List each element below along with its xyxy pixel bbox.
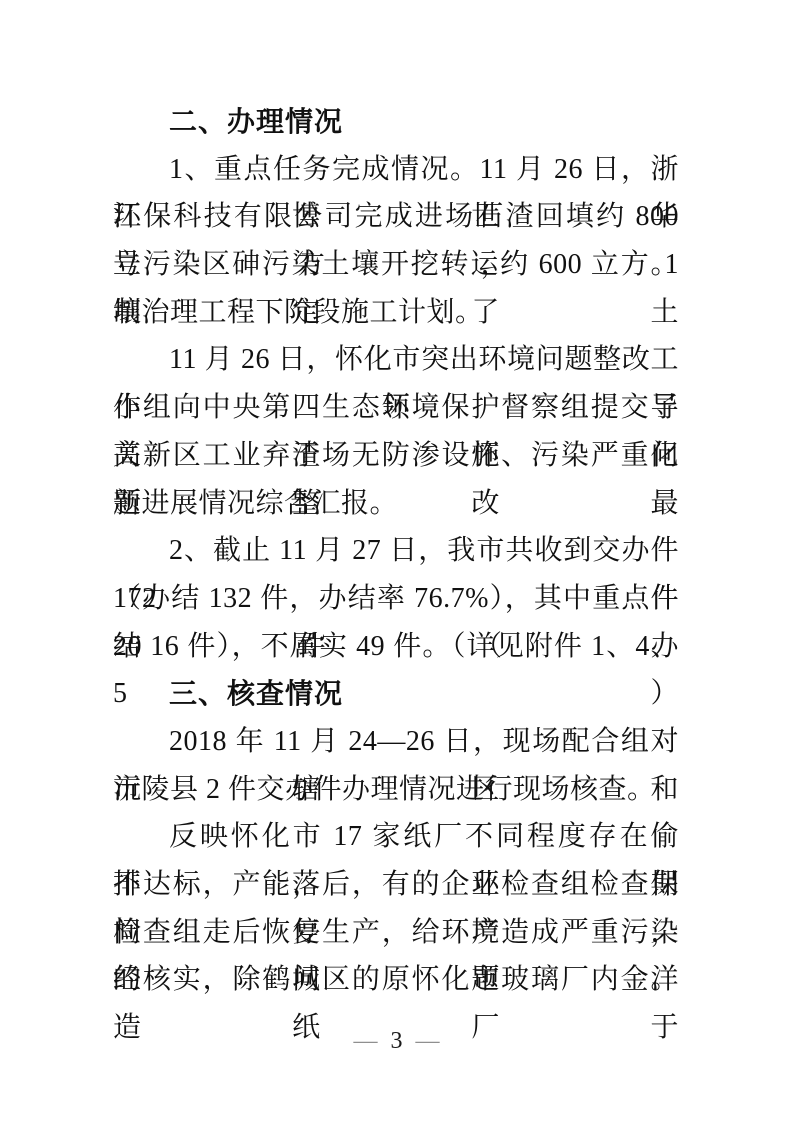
paragraph: 反映怀化市 17 家纸厂不同程度存在偷排，环保 不达标，产能落后，有的企业检查组… [113, 813, 679, 1004]
text-line: 沅陵县 2 件交办件办理情况进行现场核查。 [113, 766, 679, 814]
heading-line: 二、办理情况 [113, 98, 679, 146]
text-line: 2、截止 11 月 27 日，我市共收到交办件 172 件 [113, 527, 679, 575]
text-line: 经核实，除鹤城区的原怀化市玻璃厂内金洋造纸厂于 [113, 956, 679, 1004]
page-number: 3 [391, 1026, 403, 1056]
text-line: 号污染区砷污染土壤开挖转运约 600 立方。制定了土 [113, 241, 679, 289]
text-line: 1、重点任务完成情况。11 月 26 日，浙江博世华 [113, 146, 679, 194]
text-line: 结 16 件），不属实 49 件。（详见附件 1、4、5） [113, 623, 679, 671]
text-line: 不达标，产能落后，有的企业检查组检查期间停产， [113, 861, 679, 909]
footer-dash-right: — [416, 1026, 440, 1056]
document-body: 二、办理情况 1、重点任务完成情况。11 月 26 日，浙江博世华 环保科技有限… [113, 98, 679, 1004]
text-line: 2018 年 11 月 24—26 日，现场配合组对市辖区和 [113, 718, 679, 766]
footer-dash-left: — [354, 1026, 378, 1056]
text-line: 环保科技有限公司完成进场石渣回填约 800 立方，1 [113, 193, 679, 241]
page-footer: — 3 — [0, 1026, 793, 1056]
text-line: 高新区工业弃渣场无防渗设施、污染严重问题整改最 [113, 432, 679, 480]
text-line: （办结 132 件，办结率 76.7%），其中重点件 20 件（办 [113, 575, 679, 623]
text-line: 小组向中央第四生态环境保护督察组提交了关于怀化 [113, 384, 679, 432]
document-page: 二、办理情况 1、重点任务完成情况。11 月 26 日，浙江博世华 环保科技有限… [0, 0, 793, 1122]
text-line: 11 月 26 日，怀化市突出环境问题整改工作领导 [113, 336, 679, 384]
paragraph: 2、截止 11 月 27 日，我市共收到交办件 172 件 （办结 132 件，… [113, 527, 679, 670]
text-line: 反映怀化市 17 家纸厂不同程度存在偷排，环保 [113, 813, 679, 861]
paragraph: 1、重点任务完成情况。11 月 26 日，浙江博世华 环保科技有限公司完成进场石… [113, 146, 679, 337]
text-line: 检查组走后恢复生产，给环境造成严重污染的问题。 [113, 909, 679, 957]
paragraph: 11 月 26 日，怀化市突出环境问题整改工作领导 小组向中央第四生态环境保护督… [113, 336, 679, 527]
paragraph: 2018 年 11 月 24—26 日，现场配合组对市辖区和 沅陵县 2 件交办… [113, 718, 679, 813]
section-heading-2: 二、办理情况 [113, 98, 679, 146]
